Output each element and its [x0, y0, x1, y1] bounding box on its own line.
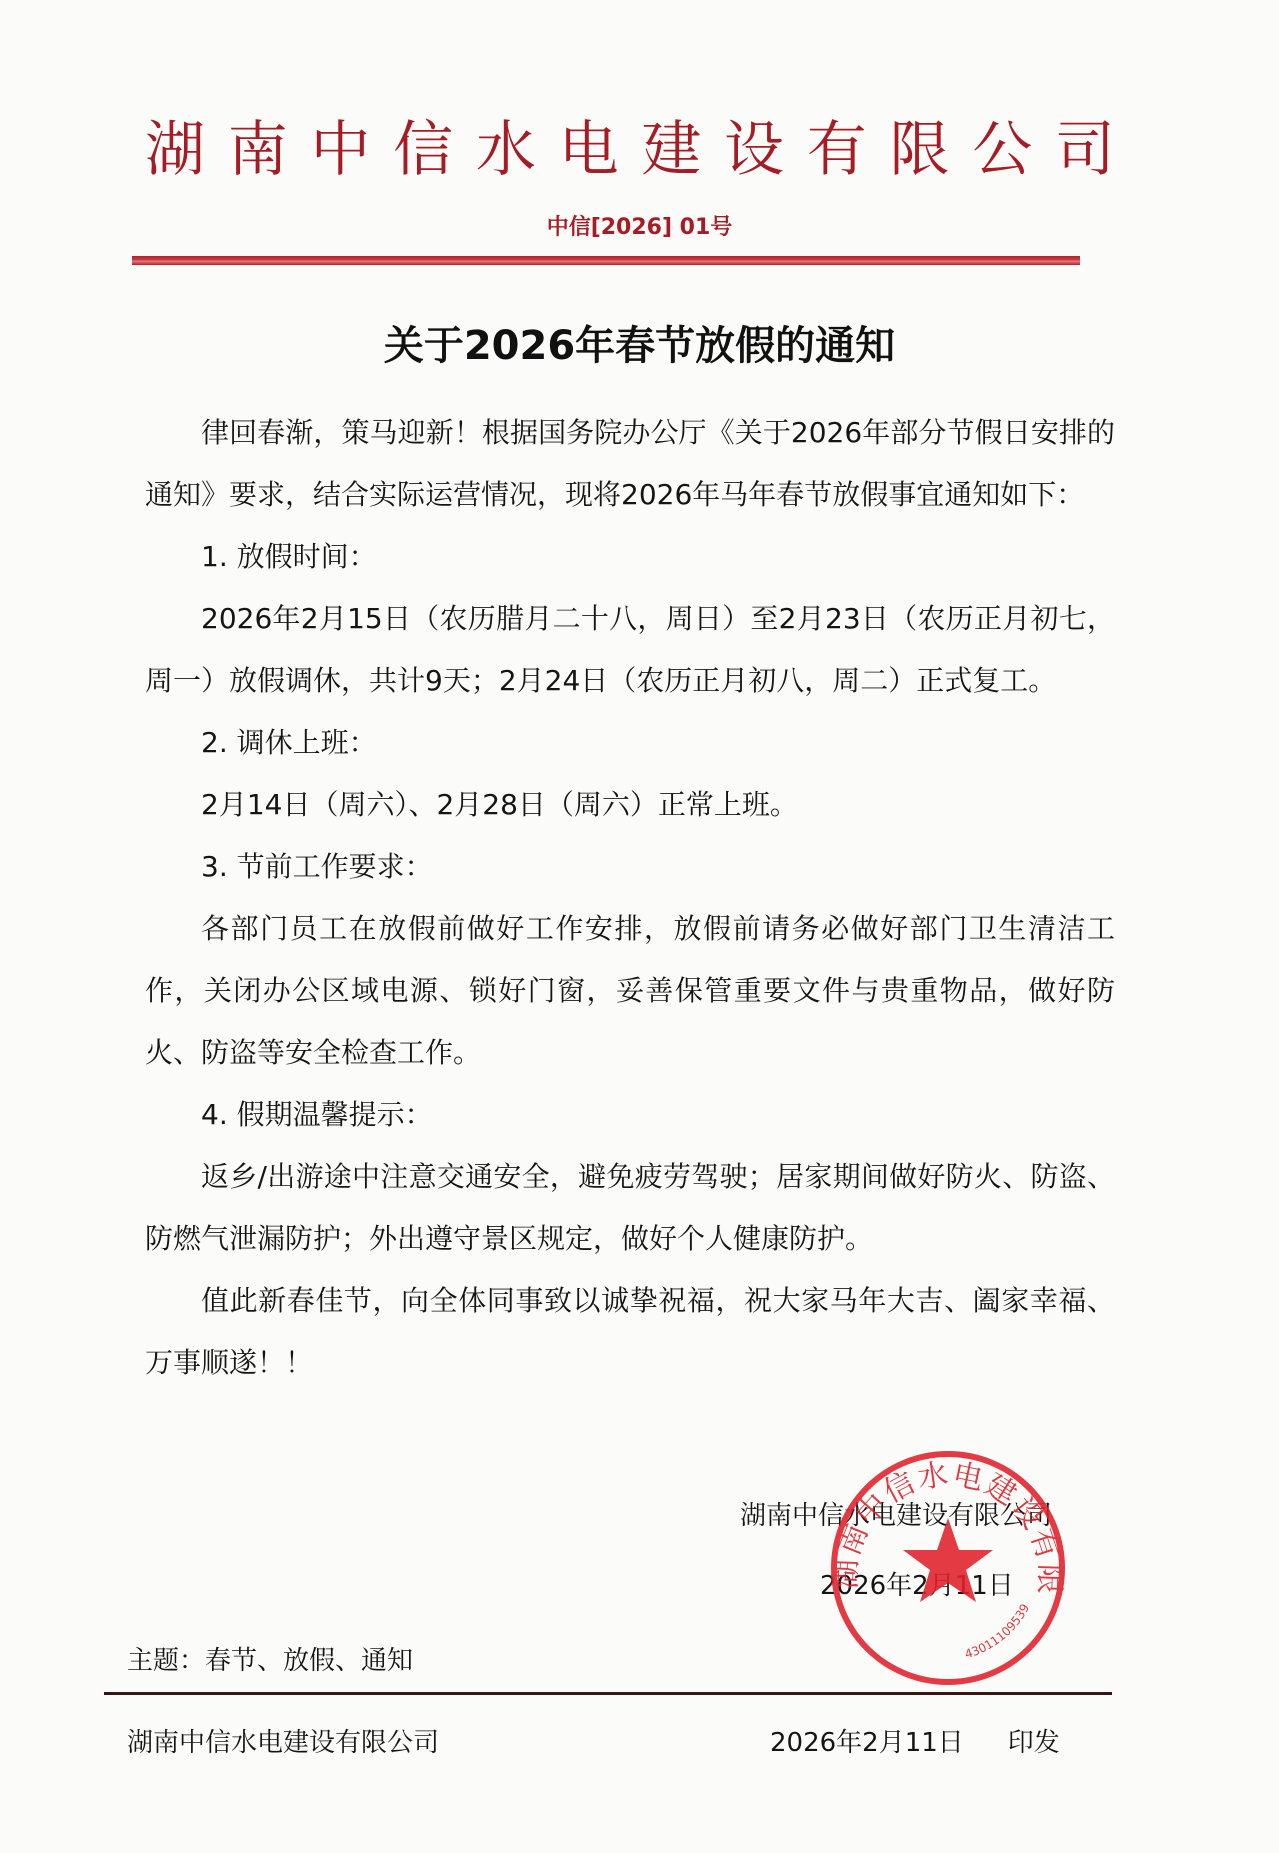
masthead-char: 公 [972, 110, 1032, 190]
masthead-char: 建 [641, 110, 701, 190]
document-number: 中信[2026] 01号 [0, 210, 1279, 241]
section-content: 各部门员工在放假前做好工作安排，放假前请务必做好部门卫生清洁工作，关闭办公区域电… [145, 898, 1115, 1084]
document-page: 湖 南 中 信 水 电 建 设 有 限 公 司 中信[2026] 01号 关于2… [0, 0, 1279, 1853]
subject-line: 主题：春节、放假、通知 [127, 1640, 413, 1677]
masthead-char: 司 [1055, 110, 1115, 190]
section-heading: 3. 节前工作要求： [145, 836, 1115, 898]
footer-issue-info: 2026年2月11日印发 [770, 1722, 1060, 1759]
masthead-char: 设 [724, 110, 784, 190]
section-heading: 1. 放假时间： [145, 526, 1115, 588]
closing-paragraph: 值此新春佳节，向全体同事致以诚挚祝福，祝大家马年大吉、阖家幸福、万事顺遂！！ [145, 1270, 1115, 1394]
section-content: 2月14日（周六）、2月28日（周六）正常上班。 [145, 774, 1115, 836]
section-content: 返乡/出游途中注意交通安全，避免疲劳驾驶；居家期间做好防火、防盗、防燃气泄漏防护… [145, 1146, 1115, 1270]
masthead-char: 信 [393, 110, 453, 190]
notice-title: 关于2026年春节放假的通知 [0, 314, 1279, 371]
red-header-divider [132, 256, 1080, 265]
masthead-char: 有 [807, 110, 867, 190]
masthead-char: 限 [889, 110, 949, 190]
footer-date: 2026年2月11日 [770, 1728, 964, 1758]
section-heading: 2. 调休上班： [145, 712, 1115, 774]
masthead-char: 水 [476, 110, 536, 190]
section-heading: 4. 假期温馨提示： [145, 1084, 1115, 1146]
notice-body: 律回春渐，策马迎新！根据国务院办公厅《关于2026年部分节假日安排的通知》要求，… [145, 402, 1115, 1394]
company-masthead: 湖 南 中 信 水 电 建 设 有 限 公 司 [145, 110, 1115, 190]
footer-action: 印发 [1008, 1728, 1060, 1758]
footer-issuer: 湖南中信水电建设有限公司 [127, 1722, 439, 1759]
masthead-char: 电 [559, 110, 619, 190]
footer-divider [104, 1692, 1112, 1695]
masthead-char: 南 [228, 110, 288, 190]
intro-paragraph: 律回春渐，策马迎新！根据国务院办公厅《关于2026年部分节假日安排的通知》要求，… [145, 402, 1115, 526]
section-content: 2026年2月15日（农历腊月二十八，周日）至2月23日（农历正月初七，周一）放… [145, 588, 1115, 712]
company-seal-icon: 湖南中信水电建设有限公司 43011109539 [826, 1446, 1070, 1690]
masthead-char: 湖 [145, 110, 205, 190]
masthead-char: 中 [310, 110, 370, 190]
